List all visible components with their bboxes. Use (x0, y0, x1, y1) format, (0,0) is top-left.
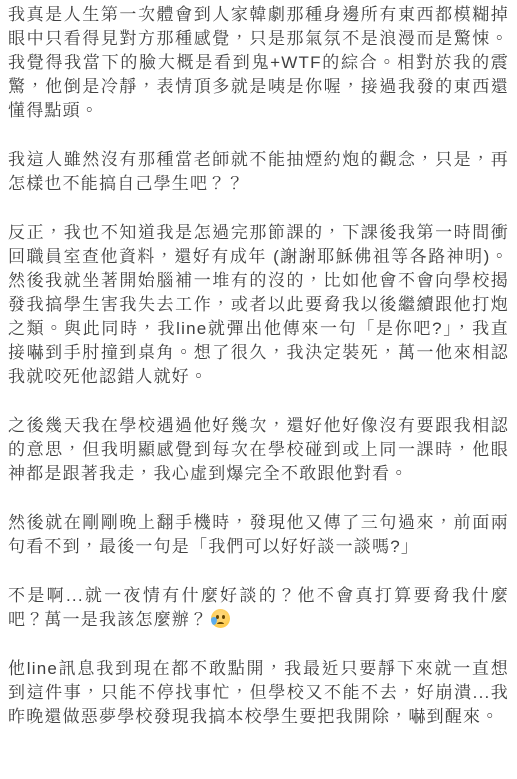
post-paragraph-6: 不是啊...就一夜情有什麼好談的？他不會真打算要脅我什麼吧？萬一是我該怎麼辦？ (8, 584, 509, 632)
post-paragraph-1: 我真是人生第一次體會到人家韓劇那種身邊所有東西都模糊掉眼中只看得見對方那種感覺，… (8, 3, 509, 123)
crying-face-emoji (211, 609, 230, 628)
post-page: 我真是人生第一次體會到人家韓劇那種身邊所有東西都模糊掉眼中只看得見對方那種感覺，… (0, 0, 517, 779)
emoji-left-eye (216, 615, 219, 619)
post-paragraph-3: 反正，我也不知道我是怎過完那節課的，下課後我第一時間衝回職員室查他資料，還好有成… (8, 221, 509, 389)
post-paragraph-4: 之後幾天我在學校遇過他好幾次，還好他好像沒有要跟我相認的意思，但我明顯感覺到每次… (8, 414, 509, 486)
post-paragraph-7: 他line訊息我到現在都不敢點開，我最近只要靜下來就一直想到這件事，只能不停找事… (8, 657, 509, 729)
emoji-right-eye (222, 615, 225, 619)
post-paragraph-6-text: 不是啊...就一夜情有什麼好談的？他不會真打算要脅我什麼吧？萬一是我該怎麼辦？ (8, 586, 509, 629)
post-paragraph-5: 然後就在剛剛晚上翻手機時，發現他又傳了三句過來，前面兩句看不到，最後一句是「我們… (8, 511, 509, 559)
post-paragraph-2: 我這人雖然沒有那種當老師就不能抽煙約炮的觀念，只是，再怎樣也不能搞自己學生吧？？ (8, 148, 509, 196)
post-body: 我真是人生第一次體會到人家韓劇那種身邊所有東西都模糊掉眼中只看得見對方那種感覺，… (8, 3, 509, 729)
emoji-frown-mouth (217, 622, 224, 626)
